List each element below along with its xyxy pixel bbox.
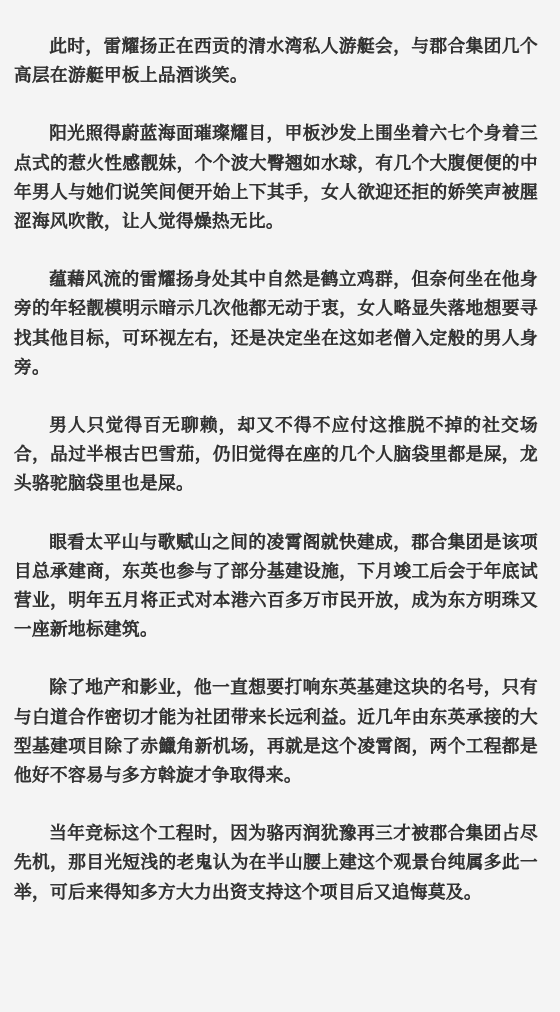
paragraph: 眼看太平山与歌赋山之间的凌霄阁就快建成，郡合集团是该项目总承建商，东英也参与了部… bbox=[14, 529, 538, 646]
paragraph: 男人只觉得百无聊赖，却又不得不应付这推脱不掉的社交场合，品过半根古巴雪茄，仍旧觉… bbox=[14, 412, 538, 500]
paragraph: 除了地产和影业，他一直想要打响东英基建这块的名号，只有与白道合作密切才能为社团带… bbox=[14, 674, 538, 791]
paragraph: 此时，雷耀扬正在西贡的清水湾私人游艇会，与郡合集团几个高层在游艇甲板上品酒谈笑。 bbox=[14, 33, 538, 91]
article-body: 此时，雷耀扬正在西贡的清水湾私人游艇会，与郡合集团几个高层在游艇甲板上品酒谈笑。… bbox=[0, 0, 560, 908]
paragraph: 蕴藉风流的雷耀扬身处其中自然是鹤立鸡群，但奈何坐在他身旁的年轻靓模明示暗示几次他… bbox=[14, 266, 538, 383]
paragraph: 当年竞标这个工程时，因为骆丙润犹豫再三才被郡合集团占尽先机，那目光短浅的老鬼认为… bbox=[14, 820, 538, 908]
paragraph: 阳光照得蔚蓝海面璀璨耀目，甲板沙发上围坐着六七个身着三点式的惹火性感靓妹，个个波… bbox=[14, 120, 538, 237]
